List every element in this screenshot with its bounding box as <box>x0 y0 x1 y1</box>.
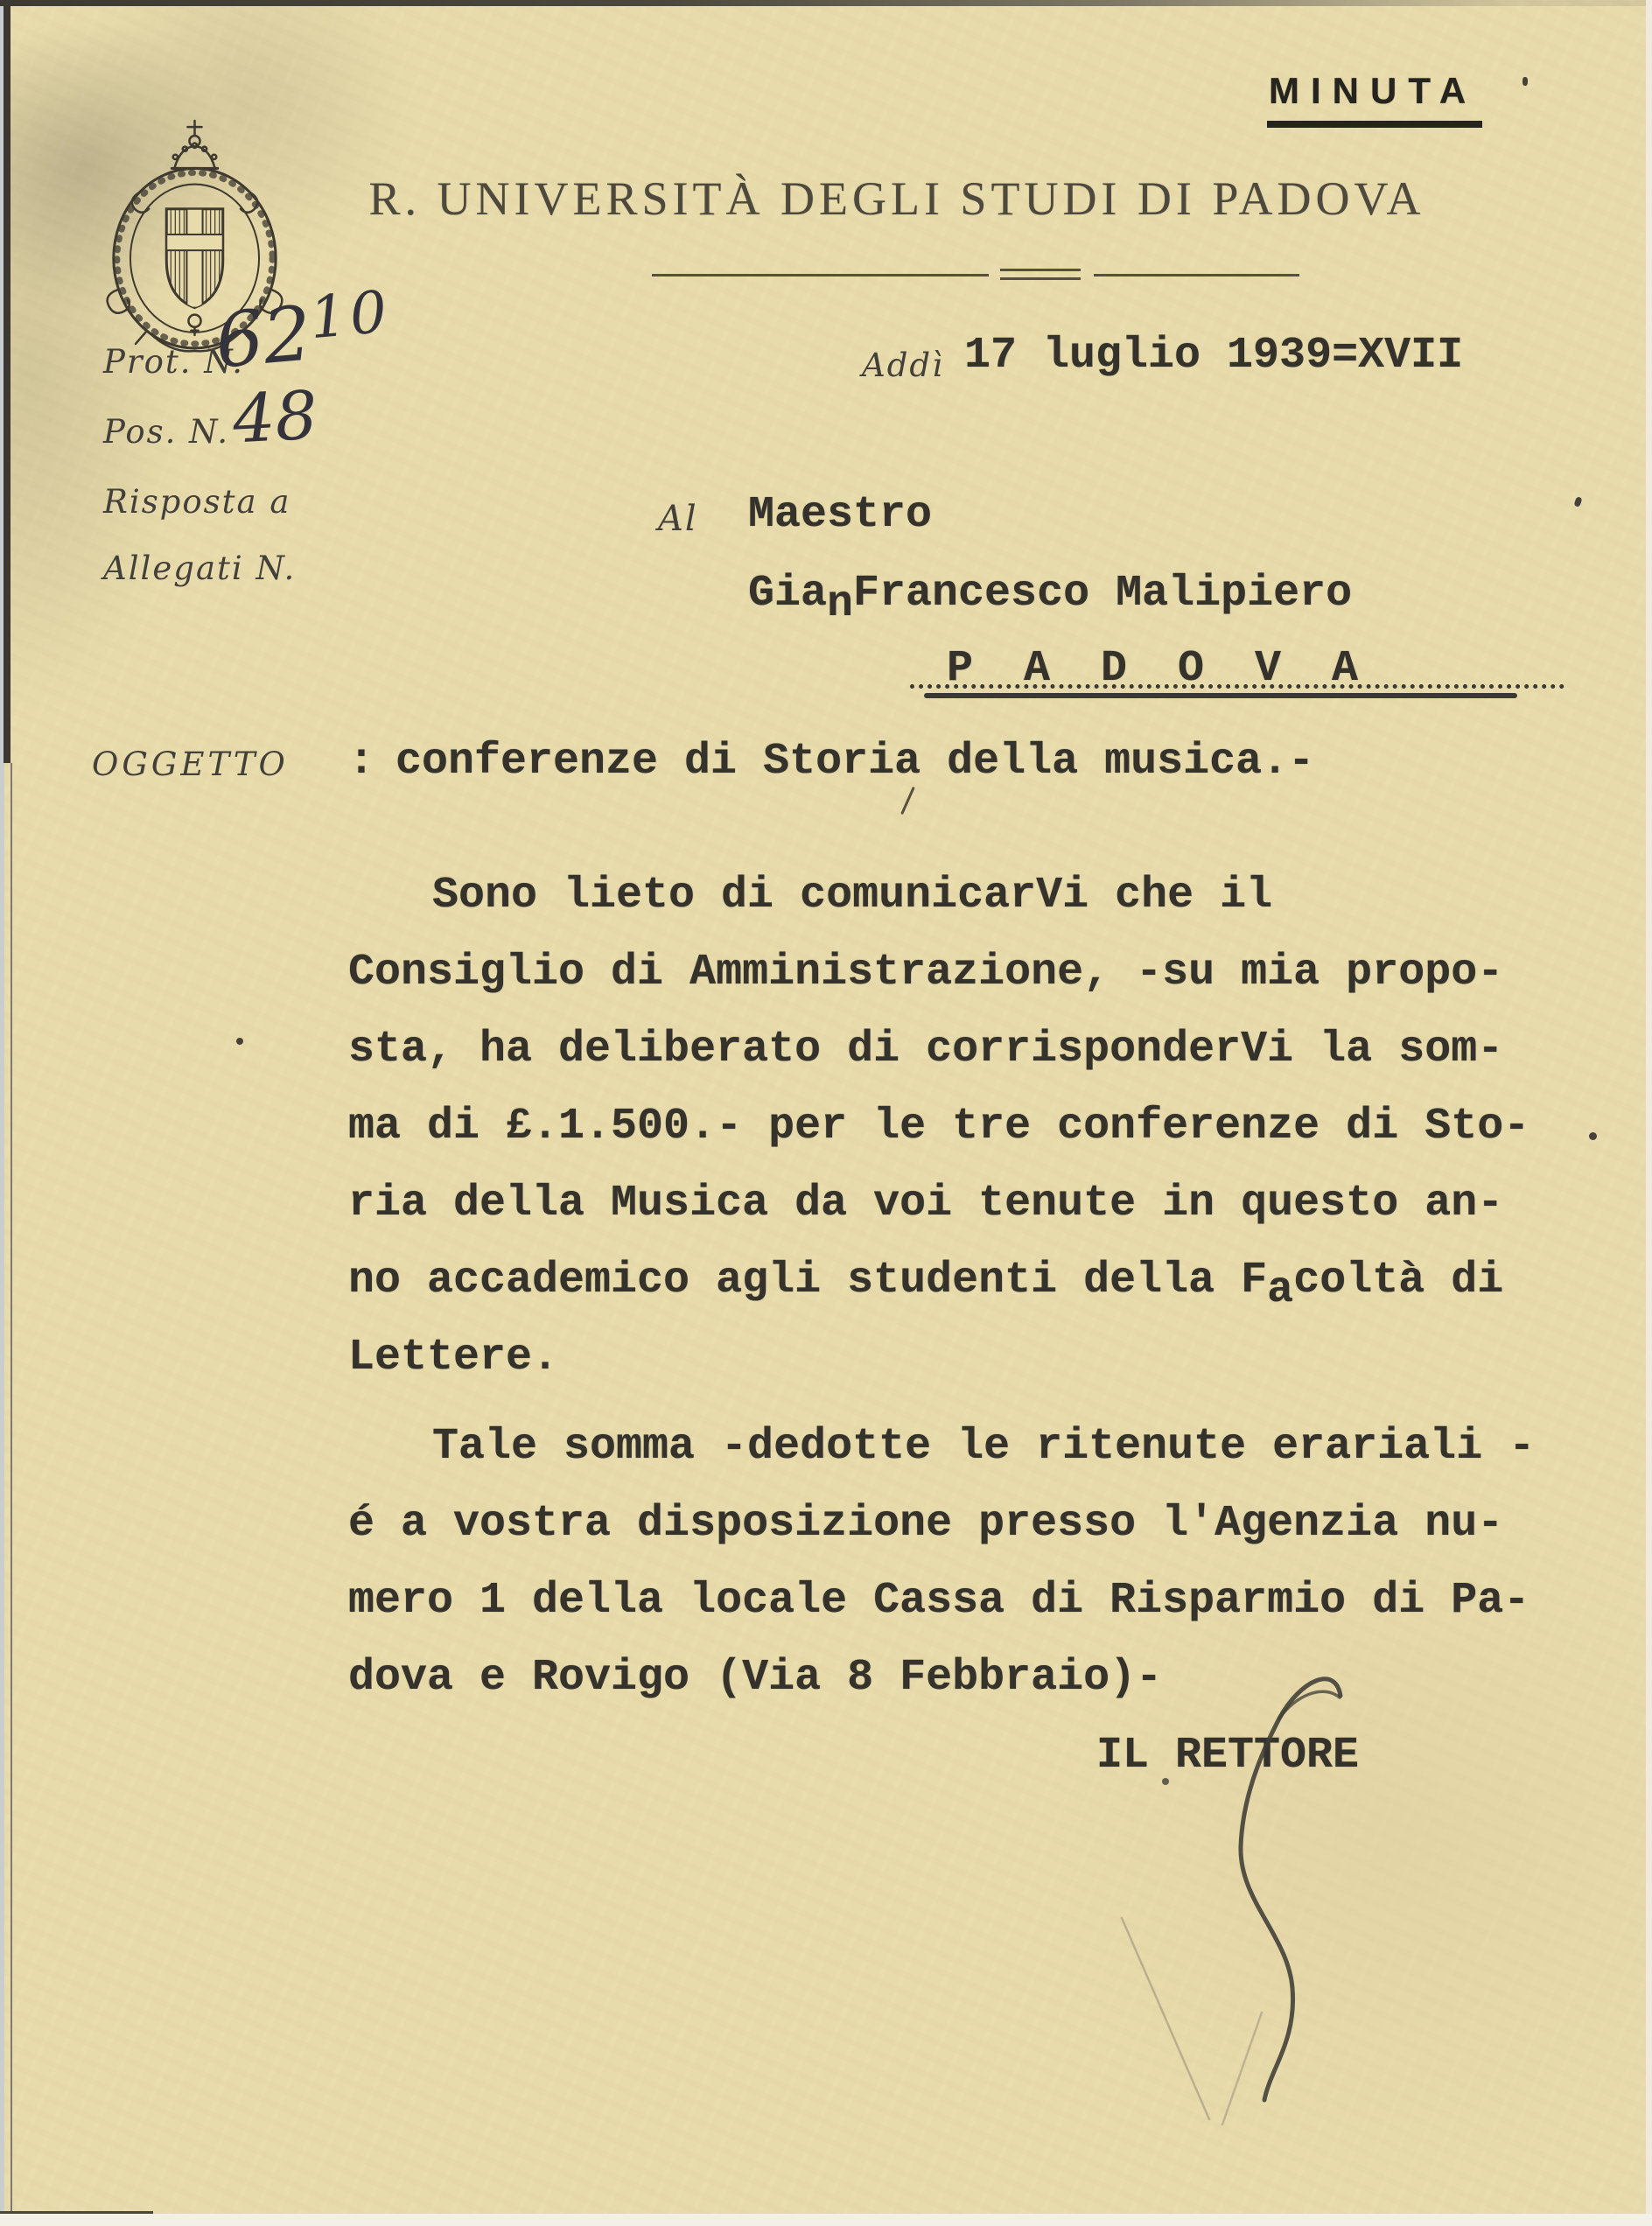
letter-paper: MINUTA R <box>0 0 1652 2226</box>
addi-label: Addì <box>862 346 944 384</box>
oggetto-text: conferenze di Storia della musica.- <box>395 737 1314 787</box>
minuta-stamp: MINUTA <box>1267 70 1482 128</box>
body-line: ma di £.1.500.- per le tre conferenze di… <box>348 1088 1599 1165</box>
recipient-name-pre: Gia <box>748 569 827 619</box>
body-line-segment: Tale somma -dedotte le ritenute erariali… <box>432 1422 1535 1472</box>
scan-edge-right <box>1646 0 1652 2226</box>
body-line: Lettere. <box>348 1319 1599 1396</box>
oggetto-separator: : <box>348 737 374 787</box>
body-line-segment: é a vostra disposizione presso l'Agenzia… <box>348 1499 1503 1549</box>
body-line: Sono lieto di comunicarVi che il <box>348 857 1599 934</box>
letterhead-title: R. UNIVERSITÀ DEGLI STUDI DI PADOVA <box>315 171 1479 226</box>
body-line: no accademico agli studenti della Facolt… <box>348 1242 1599 1319</box>
body-line-segment: a <box>1267 1252 1293 1329</box>
oggetto-label: OGGETTO <box>92 745 289 783</box>
prot-number-main: 62 <box>212 290 315 385</box>
body-line-segment: ma di £.1.500.- per le tre conferenze di… <box>348 1102 1529 1151</box>
divider-equals-top <box>1000 269 1081 271</box>
date-value: 17 luglio 1939=XVII <box>964 331 1463 381</box>
scan-edge-left-line <box>10 763 12 2226</box>
body-line-segment: sta, ha deliberato di corrisponderVi la … <box>348 1025 1503 1074</box>
body-line-segment: Sono lieto di comunicarVi che il <box>432 871 1272 920</box>
body-paragraph: Sono lieto di comunicarVi che ilConsigli… <box>348 857 1599 1396</box>
recipient-name: GianFrancesco Malipiero <box>748 569 1352 619</box>
divider-line-right <box>1094 274 1299 276</box>
recipient-name-lowered: n <box>827 579 853 629</box>
body-line-segment: coltà di <box>1293 1256 1503 1305</box>
stray-slash-mark <box>900 787 915 815</box>
body-line: Consiglio di Amministrazione, -su mia pr… <box>348 934 1599 1011</box>
body-line: mero 1 della locale Cassa di Risparmio d… <box>348 1563 1599 1640</box>
ink-fleck <box>1589 1132 1597 1140</box>
body-line: sta, ha deliberato di corrisponderVi la … <box>348 1011 1599 1088</box>
scan-edge-top <box>0 0 1652 6</box>
prot-number-raised: 10 <box>307 277 393 352</box>
divider-equals-bottom <box>1000 277 1081 280</box>
ink-fleck <box>236 1038 243 1045</box>
al-label: Al <box>658 499 698 539</box>
risposta-label: Risposta a <box>103 483 290 521</box>
ink-fleck <box>1573 496 1582 507</box>
letterhead-divider <box>652 268 1299 280</box>
recipient-title: Maestro <box>748 490 932 540</box>
body-line-segment: Consiglio di Amministrazione, -su mia pr… <box>348 948 1503 997</box>
city-solid-underline <box>924 693 1517 698</box>
pos-number-handwritten: 48 <box>231 376 319 458</box>
body-line: ria della Musica da voi tenute in questo… <box>348 1165 1599 1242</box>
city-dotted-underline <box>910 654 1564 689</box>
body-line-segment: no accademico agli studenti della F <box>348 1256 1267 1305</box>
scan-edge-left-dark <box>3 0 10 763</box>
body-line-segment: mero 1 della locale Cassa di Risparmio d… <box>348 1576 1529 1626</box>
pos-label: Pos. N. <box>103 413 229 451</box>
body-line-segment: ria della Musica da voi tenute in questo… <box>348 1179 1503 1228</box>
prot-number-handwritten: 6210 <box>212 277 395 385</box>
scan-edge-bottom-line <box>0 2211 153 2214</box>
body-line: é a vostra disposizione presso l'Agenzia… <box>348 1486 1599 1563</box>
divider-line-left <box>652 274 989 276</box>
body-line: Tale somma -dedotte le ritenute erariali… <box>348 1409 1599 1486</box>
body-line-segment: Lettere. <box>348 1333 558 1382</box>
allegati-label: Allegati N. <box>103 549 296 587</box>
body-text: Sono lieto di comunicarVi che ilConsigli… <box>348 857 1599 1717</box>
ink-fleck <box>1522 77 1528 86</box>
scan-edge-bottom <box>0 2214 1652 2226</box>
signature-flourish <box>1006 1645 1461 2187</box>
recipient-name-rest: Francesco Malipiero <box>853 569 1352 619</box>
